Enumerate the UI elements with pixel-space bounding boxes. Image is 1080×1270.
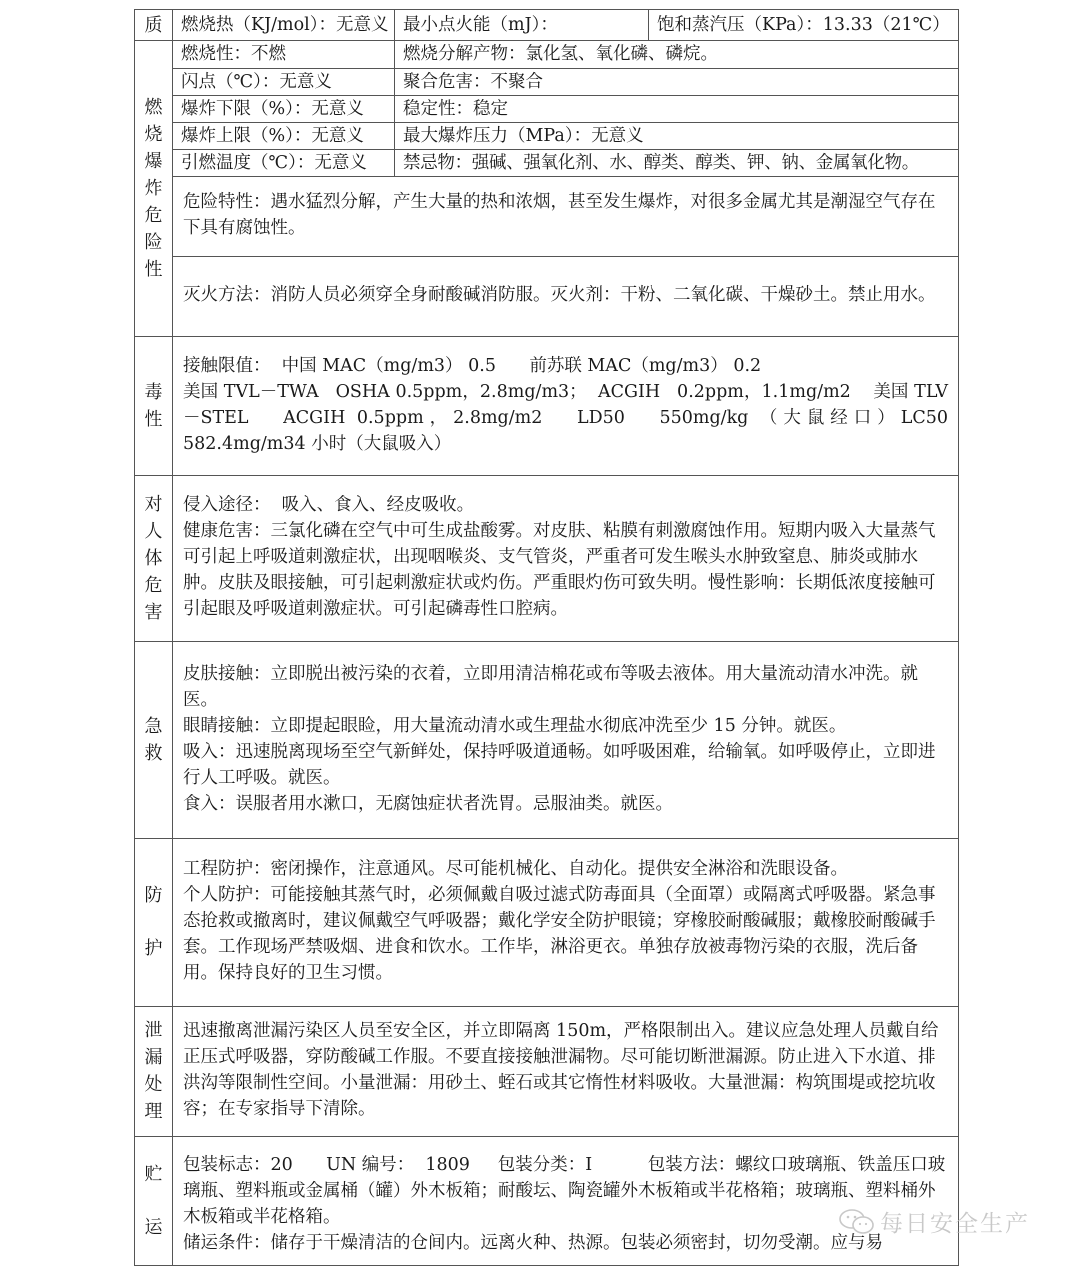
heat-of-combustion: 燃烧热（KJ/mol）：无意义 bbox=[173, 10, 395, 41]
category-label-leak-handling: 泄 漏 处 理 bbox=[135, 1006, 173, 1136]
category-char: 理 bbox=[143, 1098, 164, 1125]
storage-transport-content: 包装标志：20 UN 编号： 1809 包装分类：Ⅰ 包装方法：螺纹口玻璃瓶、铁… bbox=[173, 1136, 959, 1265]
leak-handling-row: 泄 漏 处 理 迅速撤离泄漏污染区人员至安全区，并立即隔离 150m，严格限制出… bbox=[135, 1006, 959, 1136]
category-char: 烧 bbox=[143, 121, 164, 148]
category-char: 漏 bbox=[143, 1044, 164, 1071]
leak-handling-content: 迅速撤离泄漏污染区人员至安全区，并立即隔离 150m，严格限制出入。建议应急处理… bbox=[173, 1006, 959, 1136]
protection-content: 工程防护：密闭操作，注意通风。尽可能机械化、自动化。提供安全淋浴和洗眼设备。 个… bbox=[173, 838, 959, 1006]
watermark: 每日安全生产 bbox=[838, 1205, 1030, 1238]
lower-explosive-limit: 爆炸下限（%）：无意义 bbox=[173, 95, 395, 122]
leak-handling-text: 迅速撤离泄漏污染区人员至安全区，并立即隔离 150m，严格限制出入。建议应急处理… bbox=[183, 1018, 948, 1122]
max-explosion-pressure: 最大爆炸压力（MPa）：无意义 bbox=[395, 122, 959, 149]
ignition-temperature: 引燃温度（℃）：无意义 bbox=[173, 149, 395, 176]
upper-explosive-limit: 爆炸上限（%）：无意义 bbox=[173, 122, 395, 149]
engineering-protection: 工程防护：密闭操作，注意通风。尽可能机械化、自动化。提供安全淋浴和洗眼设备。 bbox=[183, 856, 948, 882]
category-char: 护 bbox=[143, 935, 164, 962]
category-char: 险 bbox=[143, 229, 164, 256]
msds-table-sheet: 质 燃烧热（KJ/mol）：无意义 最小点火能（mJ）： 饱和蒸汽压（KPa）：… bbox=[134, 9, 958, 1266]
category-char: 处 bbox=[143, 1071, 164, 1098]
category-char: 害 bbox=[143, 599, 164, 626]
personal-protection: 个人防护：可能接触其蒸气时，必须佩戴自吸过滤式防毒面具（全面罩）或隔离式呼吸器。… bbox=[183, 882, 948, 986]
flash-point: 闪点（℃）：无意义 bbox=[173, 68, 395, 95]
health-hazard-row: 对 人 体 危 害 侵入途径： 吸入、食入、经皮吸收。 健康危害：三氯化磷在空气… bbox=[135, 475, 959, 641]
category-char: 防 bbox=[143, 882, 164, 909]
toxicity-values: 美国 TVL－TWA OSHA 0.5ppm，2.8mg/m3； ACGIH 0… bbox=[183, 379, 948, 457]
fire-row-1: 闪点（℃）：无意义 聚合危害：不聚合 bbox=[135, 68, 959, 95]
polymerization-hazard: 聚合危害：不聚合 bbox=[395, 68, 959, 95]
category-char: 爆 bbox=[143, 148, 164, 175]
category-char: 危 bbox=[143, 572, 164, 599]
category-label-storage-transport: 贮 运 bbox=[135, 1136, 173, 1265]
storage-conditions: 储运条件：储存于干燥清洁的仓间内。远离火种、热源。包装必须密封，切勿受潮。应与易 bbox=[183, 1230, 948, 1256]
eye-contact: 眼睛接触：立即提起眼睑，用大量流动清水或生理盐水彻底冲洗至少 15 分钟。就医。 bbox=[183, 713, 948, 739]
category-char: 救 bbox=[143, 740, 164, 767]
watermark-text: 每日安全生产 bbox=[880, 1205, 1030, 1238]
first-aid-content: 皮肤接触：立即脱出被污染的衣着，立即用清洁棉花或布等吸去液体。用大量流动清水冲洗… bbox=[173, 641, 959, 838]
ingestion: 食入：误服者用水漱口，无腐蚀症状者洗胃。忌服油类。就医。 bbox=[183, 791, 948, 817]
msds-table: 质 燃烧热（KJ/mol）：无意义 最小点火能（mJ）： 饱和蒸汽压（KPa）：… bbox=[134, 9, 959, 41]
category-label-first-aid: 急 救 bbox=[135, 641, 173, 838]
health-hazard-text: 健康危害：三氯化磷在空气中可生成盐酸雾。对皮肤、粘膜有刺激腐蚀作用。短期内吸入大… bbox=[183, 518, 948, 622]
hazard-characteristics-text: 危险特性：遇水猛烈分解，产生大量的热和浓烟，甚至发生爆炸，对很多金属尤其是潮湿空… bbox=[183, 189, 948, 241]
hazard-characteristics: 危险特性：遇水猛烈分解，产生大量的热和浓烟，甚至发生爆炸，对很多金属尤其是潮湿空… bbox=[173, 176, 959, 256]
min-ignition-energy: 最小点火能（mJ）： bbox=[395, 10, 649, 41]
category-char: 对 bbox=[143, 491, 164, 518]
category-char: 泄 bbox=[143, 1017, 164, 1044]
category-char: 贮 bbox=[143, 1161, 164, 1188]
category-label-quality: 质 bbox=[135, 10, 173, 41]
category-label-health-hazard: 对 人 体 危 害 bbox=[135, 475, 173, 641]
fire-row-extinguish: 灭火方法：消防人员必须穿全身耐酸碱消防服。灭火剂：干粉、二氧化碳、干燥砂土。禁止… bbox=[135, 256, 959, 336]
inhalation: 吸入：迅速脱离现场至空气新鲜处，保持呼吸道通畅。如呼吸困难，给输氧。如呼吸停止，… bbox=[183, 739, 948, 791]
first-aid-row: 急 救 皮肤接触：立即脱出被污染的衣着，立即用清洁棉花或布等吸去液体。用大量流动… bbox=[135, 641, 959, 838]
flammability: 燃烧性：不燃 bbox=[173, 40, 395, 68]
storage-transport-row: 贮 运 包装标志：20 UN 编号： 1809 包装分类：Ⅰ 包装方法：螺纹口玻… bbox=[135, 1136, 959, 1265]
category-char: 人 bbox=[143, 518, 164, 545]
fire-fighting-text: 灭火方法：消防人员必须穿全身耐酸碱消防服。灭火剂：干粉、二氧化碳、干燥砂土。禁止… bbox=[183, 282, 948, 308]
category-label-toxicity: 毒 性 bbox=[135, 336, 173, 475]
fire-fighting-method: 灭火方法：消防人员必须穿全身耐酸碱消防服。灭火剂：干粉、二氧化碳、干燥砂土。禁止… bbox=[173, 256, 959, 336]
msds-table-body: 燃 烧 爆 炸 危 险 性 燃烧性：不燃 燃烧分解产物：氯化氢、氧化磷、磷烷。 … bbox=[134, 40, 959, 1266]
toxicity-content: 接触限值： 中国 MAC（mg/m3） 0.5 前苏联 MAC（mg/m3） 0… bbox=[173, 336, 959, 475]
category-char: 体 bbox=[143, 545, 164, 572]
fire-row-4: 引燃温度（℃）：无意义 禁忌物：强碱、强氧化剂、水、醇类、醇类、钾、钠、金属氧化… bbox=[135, 149, 959, 176]
properties-row: 质 燃烧热（KJ/mol）：无意义 最小点火能（mJ）： 饱和蒸汽压（KPa）：… bbox=[135, 10, 959, 41]
protection-row: 防 护 工程防护：密闭操作，注意通风。尽可能机械化、自动化。提供安全淋浴和洗眼设… bbox=[135, 838, 959, 1006]
fire-row-hazard: 危险特性：遇水猛烈分解，产生大量的热和浓烟，甚至发生爆炸，对很多金属尤其是潮湿空… bbox=[135, 176, 959, 256]
health-hazard-content: 侵入途径： 吸入、食入、经皮吸收。 健康危害：三氯化磷在空气中可生成盐酸雾。对皮… bbox=[173, 475, 959, 641]
category-char: 燃 bbox=[143, 94, 164, 121]
category-label-fire-explosion: 燃 烧 爆 炸 危 险 性 bbox=[135, 40, 173, 336]
wechat-icon bbox=[838, 1208, 876, 1236]
incompatible-materials: 禁忌物：强碱、强氧化剂、水、醇类、醇类、钾、钠、金属氧化物。 bbox=[395, 149, 959, 176]
stability: 稳定性：稳定 bbox=[395, 95, 959, 122]
category-char: 危 bbox=[143, 202, 164, 229]
category-label-protection: 防 护 bbox=[135, 838, 173, 1006]
category-char: 炸 bbox=[143, 175, 164, 202]
exposure-limits: 接触限值： 中国 MAC（mg/m3） 0.5 前苏联 MAC（mg/m3） 0… bbox=[183, 353, 948, 379]
packaging-info: 包装标志：20 UN 编号： 1809 包装分类：Ⅰ 包装方法：螺纹口玻璃瓶、铁… bbox=[183, 1152, 948, 1230]
category-char: 急 bbox=[143, 713, 164, 740]
category-char: 运 bbox=[143, 1214, 164, 1241]
route-of-entry: 侵入途径： 吸入、食入、经皮吸收。 bbox=[183, 492, 948, 518]
fire-row-3: 爆炸上限（%）：无意义 最大爆炸压力（MPa）：无意义 bbox=[135, 122, 959, 149]
fire-row-0: 燃 烧 爆 炸 危 险 性 燃烧性：不燃 燃烧分解产物：氯化氢、氧化磷、磷烷。 bbox=[135, 40, 959, 68]
saturated-vapor-pressure: 饱和蒸汽压（KPa）：13.33（21℃） bbox=[649, 10, 959, 41]
category-char: 性 bbox=[143, 406, 164, 433]
category-char: 毒 bbox=[143, 379, 164, 406]
fire-row-2: 爆炸下限（%）：无意义 稳定性：稳定 bbox=[135, 95, 959, 122]
toxicity-row: 毒 性 接触限值： 中国 MAC（mg/m3） 0.5 前苏联 MAC（mg/m… bbox=[135, 336, 959, 475]
combustion-products: 燃烧分解产物：氯化氢、氧化磷、磷烷。 bbox=[395, 40, 959, 68]
category-char: 性 bbox=[143, 256, 164, 283]
skin-contact: 皮肤接触：立即脱出被污染的衣着，立即用清洁棉花或布等吸去液体。用大量流动清水冲洗… bbox=[183, 661, 948, 713]
